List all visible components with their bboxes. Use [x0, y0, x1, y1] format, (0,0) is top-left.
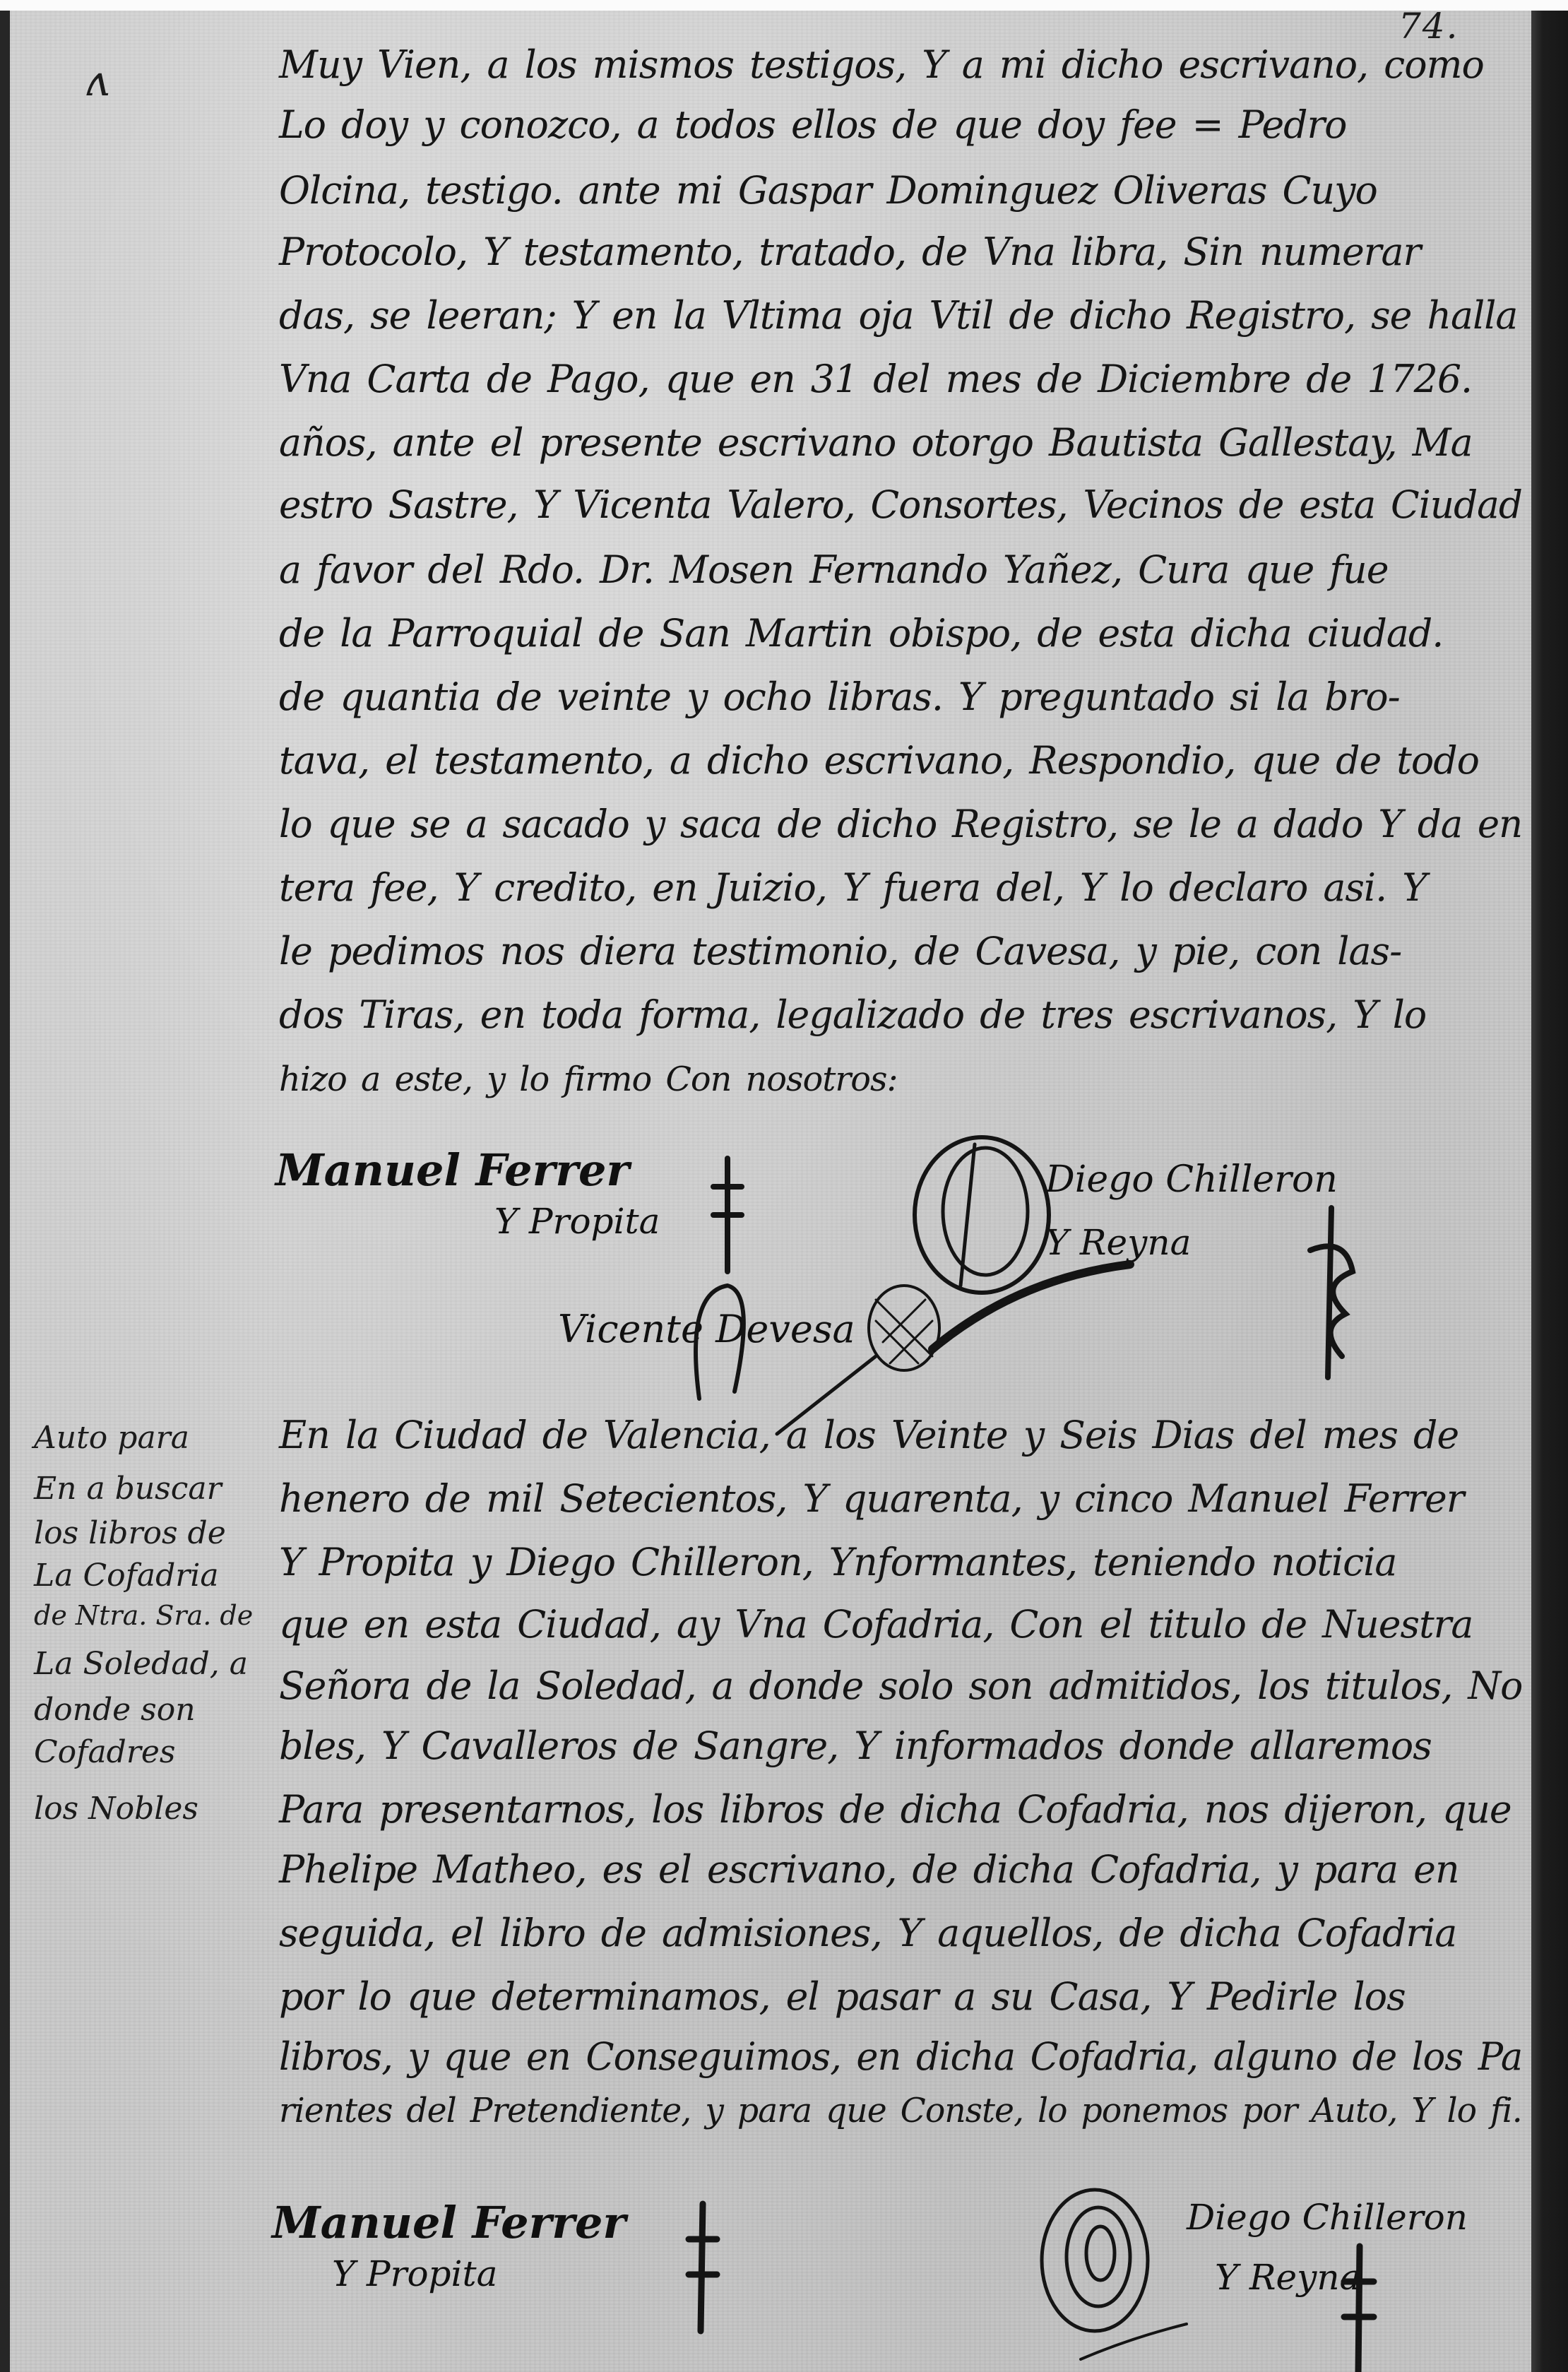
- text-line: lo que se a sacado y saca de dicho Regis…: [279, 802, 1502, 846]
- text-line: libros, y que en Conseguimos, en dicha C…: [279, 2034, 1495, 2079]
- text-line: por lo que determinamos, el pasar a su C…: [279, 1974, 1522, 2019]
- text-line: En la Ciudad de Valencia, a los Veinte y…: [279, 1413, 1522, 1457]
- signature-diego-chilleron: Diego Chilleron: [1187, 2197, 1468, 2238]
- text-line: tava, el testamento, a dicho escrivano, …: [279, 738, 1522, 783]
- signature-title-propita: Y Propita: [332, 2253, 497, 2294]
- margin-note-line: La Soledad, a: [34, 1646, 274, 1682]
- rubric-reyna-icon: [1303, 1208, 1360, 1377]
- margin-note-line: de Ntra. Sra. de: [34, 1600, 274, 1631]
- margin-note-line: En a buscar: [34, 1471, 274, 1507]
- text-line: Muy Vien, a los mismos testigos, Y a mi …: [279, 42, 1522, 87]
- text-line: tera fee, Y credito, en Juizio, Y fuera …: [279, 865, 1522, 910]
- text-line: hizo a este, y lo firmo Con nosotros:: [279, 1060, 1522, 1099]
- binding-edge-right: [1531, 11, 1568, 2372]
- binding-edge-left: [0, 11, 10, 2372]
- text-line: que en esta Ciudad, ay Vna Cofadria, Con…: [279, 1602, 1522, 1647]
- page-number: 74.: [1398, 6, 1459, 47]
- text-line: Señora de la Soledad, a donde solo son a…: [279, 1664, 1518, 1708]
- text-line: Phelipe Matheo, es el escrivano, de dich…: [279, 1847, 1522, 1892]
- text-line: Lo doy y conozco, a todos ellos de que d…: [279, 102, 1522, 147]
- text-line: Protocolo, Y testamento, tratado, de Vna…: [279, 230, 1522, 274]
- signature-manuel-ferrer: Manuel Ferrer: [272, 2197, 626, 2248]
- margin-note-line: Cofadres: [34, 1734, 274, 1770]
- text-line: rientes del Pretendiente, y para que Con…: [279, 2091, 1509, 2130]
- text-line: bles, Y Cavalleros de Sangre, Y informad…: [279, 1724, 1522, 1768]
- text-line: dos Tiras, en toda forma, legalizado de …: [279, 992, 1522, 1037]
- margin-note-line: los libros de: [34, 1515, 274, 1551]
- text-line: Olcina, testigo. ante mi Gaspar Domingue…: [279, 168, 1522, 213]
- text-line: henero de mil Setecientos, Y quarenta, y…: [279, 1476, 1522, 1521]
- margin-note-line: La Cofadria: [34, 1558, 274, 1594]
- text-line: Vna Carta de Pago, que en 31 del mes de …: [279, 357, 1522, 401]
- text-line: Para presentarnos, los libros de dicha C…: [279, 1787, 1522, 1832]
- rubric-ferrer-icon: [706, 1158, 749, 1271]
- margin-note-line: Auto para: [34, 1420, 274, 1456]
- rubric-reyna-2-icon: [1338, 2246, 1381, 2372]
- text-line: de la Parroquial de San Martin obispo, d…: [279, 611, 1522, 656]
- rubric-ferrer-2-icon: [685, 2204, 720, 2331]
- text-line: le pedimos nos diera testimonio, de Cave…: [279, 929, 1522, 973]
- margin-mark: ʌ: [85, 57, 109, 106]
- text-line: das, se leeran; Y en la Vltima oja Vtil …: [279, 293, 1522, 338]
- text-line: a favor del Rdo. Dr. Mosen Fernando Yañe…: [279, 547, 1522, 592]
- text-line: estro Sastre, Y Vicenta Valero, Consorte…: [279, 482, 1511, 527]
- margin-note-line: los Nobles: [34, 1791, 274, 1827]
- signature-title-propita: Y Propita: [494, 1201, 660, 1242]
- text-line: seguida, el libro de admisiones, Y aquel…: [279, 1911, 1522, 1955]
- rubric-chilleron-2-icon: [1003, 2176, 1201, 2372]
- text-line: años, ante el presente escrivano otorgo …: [279, 420, 1522, 465]
- text-line: de quantia de veinte y ocho libras. Y pr…: [279, 675, 1522, 719]
- margin-note-line: donde son: [34, 1692, 274, 1728]
- signature-manuel-ferrer: Manuel Ferrer: [275, 1144, 629, 1196]
- text-line: Y Propita y Diego Chilleron, Ynformantes…: [279, 1540, 1522, 1584]
